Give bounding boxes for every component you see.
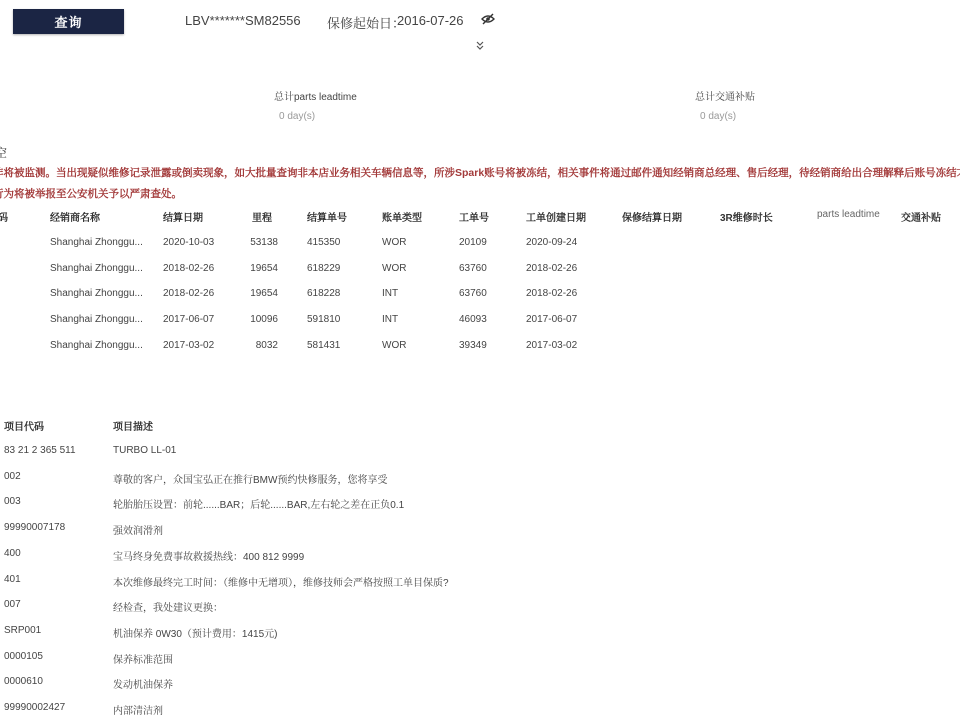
item-desc: 宝马终身免费事故救援热线：400 812 9999	[113, 548, 304, 563]
cell-settle-no: 618229	[307, 263, 340, 274]
item-desc-header: 项目描述	[113, 418, 153, 433]
warranty-start-date: 2016-07-26	[397, 13, 464, 28]
cell-mileage: 53138	[240, 237, 278, 248]
item-code: 401	[4, 574, 21, 585]
cell-settle-date: 2017-06-07	[163, 314, 214, 325]
cell-wo-no: 63760	[459, 263, 487, 274]
item-code: 400	[4, 548, 21, 559]
traffic-subsidy-total-value: 0 day(s)	[700, 111, 736, 122]
cell-wo-date: 2017-06-07	[526, 314, 577, 325]
column-header[interactable]: parts leadtime	[817, 209, 880, 220]
item-code: SRP001	[4, 625, 41, 636]
column-header[interactable]: 结算日期	[163, 209, 203, 224]
cell-dealer: Shanghai Zhonggu...	[50, 340, 143, 351]
cell-wo-date: 2018-02-26	[526, 288, 577, 299]
item-desc: 机油保养 0W30（预计费用：1415元)	[113, 625, 277, 640]
cell-mileage: 19654	[240, 288, 278, 299]
monitoring-warning: 非将被监测。当出现疑似维修记录泄露或倒卖现象，如大批量查询非本店业务相关车辆信息…	[0, 163, 960, 205]
cell-wo-no: 20109	[459, 237, 487, 248]
item-desc: 本次维修最终完工时间：（维修中无增项），维修技师会严格按照工单目保质?	[113, 574, 449, 589]
item-code: 99990002427	[4, 702, 65, 713]
cell-wo-no: 39349	[459, 340, 487, 351]
cell-dealer: Shanghai Zhonggu...	[50, 237, 143, 248]
cell-settle-no: 581431	[307, 340, 340, 351]
cell-wo-date: 2020-09-24	[526, 237, 577, 248]
item-desc: 强效润滑剂	[113, 522, 163, 537]
cell-mileage: 10096	[240, 314, 278, 325]
item-desc: 轮胎胎压设置：前轮......BAR；后轮......BAR,左右轮之差在正负0…	[113, 496, 404, 511]
cell-bill-type: WOR	[382, 237, 406, 248]
cell-wo-no: 46093	[459, 314, 487, 325]
section-title: 空	[0, 144, 7, 161]
warning-line-2: 行为将被举报至公安机关予以严肃查处。	[0, 184, 960, 205]
cell-wo-date: 2018-02-26	[526, 263, 577, 274]
cell-dealer: Shanghai Zhonggu...	[50, 288, 143, 299]
warning-line-1: 非将被监测。当出现疑似维修记录泄露或倒卖现象，如大批量查询非本店业务相关车辆信息…	[0, 163, 960, 184]
query-button[interactable]: 查询	[13, 9, 124, 34]
cell-mileage: 8032	[240, 340, 278, 351]
traffic-subsidy-total-label: 总计交通补贴	[695, 88, 755, 103]
cell-bill-type: WOR	[382, 340, 406, 351]
column-header[interactable]: 交通补贴	[901, 209, 941, 224]
cell-settle-no: 618228	[307, 288, 340, 299]
cell-bill-type: INT	[382, 288, 398, 299]
cell-dealer: Shanghai Zhonggu...	[50, 263, 143, 274]
cell-settle-no: 591810	[307, 314, 340, 325]
cell-bill-type: WOR	[382, 263, 406, 274]
cell-settle-date: 2017-03-02	[163, 340, 214, 351]
item-desc: 保养标准范围	[113, 651, 173, 666]
cell-settle-no: 415350	[307, 237, 340, 248]
parts-leadtime-total-label: 总计parts leadtime	[274, 88, 357, 103]
cell-settle-date: 2020-10-03	[163, 237, 214, 248]
column-header[interactable]: 3R维修时长	[720, 209, 773, 224]
column-header[interactable]: 工单创建日期	[526, 209, 586, 224]
eye-slash-icon[interactable]	[480, 12, 496, 26]
item-code: 0000610	[4, 676, 43, 687]
cell-settle-date: 2018-02-26	[163, 288, 214, 299]
parts-leadtime-total-value: 0 day(s)	[279, 111, 315, 122]
column-header[interactable]: 工单号	[459, 209, 489, 224]
item-desc: 内部清洁剂	[113, 702, 163, 717]
cell-wo-no: 63760	[459, 288, 487, 299]
double-chevron-down-icon[interactable]	[474, 40, 486, 52]
item-code: 003	[4, 496, 21, 507]
item-code: 99990007178	[4, 522, 65, 533]
cell-mileage: 19654	[240, 263, 278, 274]
item-code: 83 21 2 365 511	[4, 445, 76, 456]
cell-dealer: Shanghai Zhonggu...	[50, 314, 143, 325]
column-header[interactable]: 里程	[252, 209, 272, 224]
item-code: 007	[4, 599, 21, 610]
column-header[interactable]: 账单类型	[382, 209, 422, 224]
cell-wo-date: 2017-03-02	[526, 340, 577, 351]
item-code: 002	[4, 471, 21, 482]
item-desc: 发动机油保养	[113, 676, 173, 691]
item-desc: 尊敬的客户，众国宝弘正在推行BMW预约快修服务，您将享受	[113, 471, 387, 486]
item-code-header: 项目代码	[4, 418, 44, 433]
column-header[interactable]: 保修结算日期	[622, 209, 682, 224]
item-desc: 经检查，我处建议更换：	[113, 599, 223, 614]
cell-settle-date: 2018-02-26	[163, 263, 214, 274]
cell-bill-type: INT	[382, 314, 398, 325]
item-desc: TURBO LL-01	[113, 445, 176, 456]
vin-display: LBV*******SM82556	[185, 13, 301, 28]
column-header[interactable]: 码	[0, 209, 8, 224]
warranty-start-label: 保修起始日：	[327, 13, 405, 32]
column-header[interactable]: 经销商名称	[50, 209, 100, 224]
column-header[interactable]: 结算单号	[307, 209, 347, 224]
item-code: 0000105	[4, 651, 43, 662]
